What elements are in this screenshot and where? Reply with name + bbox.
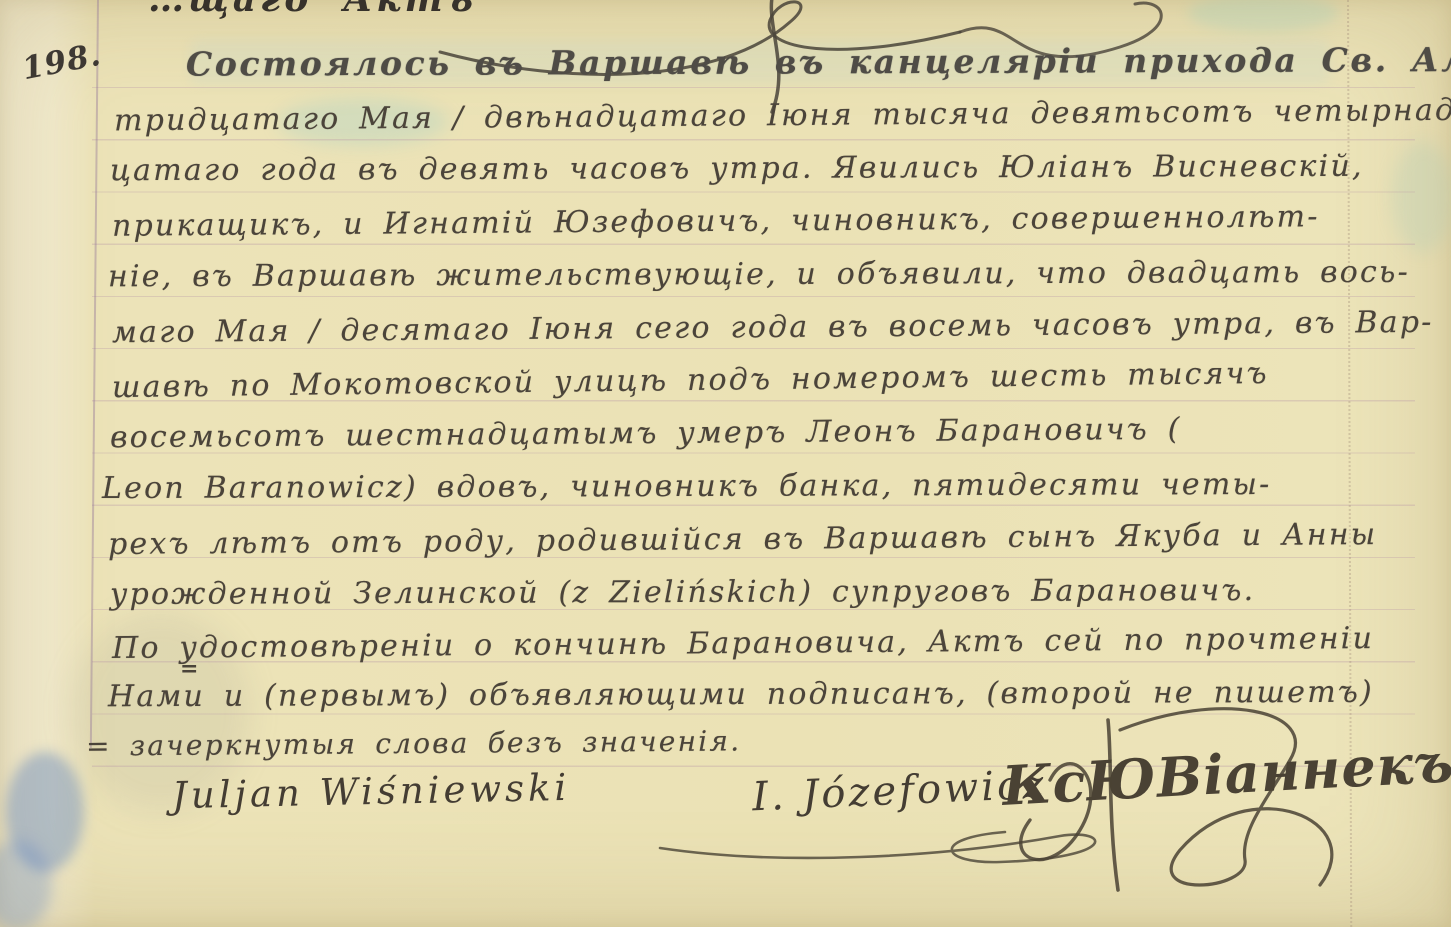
record-line: прикащикъ, и Игнатій Юзефовичъ, чиновник… xyxy=(112,199,1320,243)
record-line: цатаго года въ девять часовъ утра. Явили… xyxy=(110,149,1364,188)
previous-record-fragment: …щаго Актъ xyxy=(148,0,477,20)
marginal-annotation: = зачеркнутыя слова безъ значенія. xyxy=(86,724,741,762)
record-line: восемьсотъ шестнадцатымъ умеръ Леонъ Бар… xyxy=(110,412,1182,455)
signature-underline-flourish xyxy=(640,818,1160,878)
record-line: рехъ лѣтъ отъ роду, родившійся въ Варшав… xyxy=(108,517,1378,562)
scanned-death-record-page: …щаго Актъ 198. Состоялось въ Варшавѣ въ… xyxy=(0,0,1451,927)
record-line: шавѣ по Мокотовской улицѣ подъ номеромъ … xyxy=(112,356,1269,405)
record-line: тридцатаго Мая / двѣнадцатаго Іюня тысяч… xyxy=(114,93,1451,139)
record-heading: Состоялось въ Варшавѣ въ канцеляріи прих… xyxy=(186,39,1451,83)
record-line: урожденной Зелинской (z Zielińskich) суп… xyxy=(110,573,1255,612)
record-line: По удостовѣреніи о кончинѣ Барановича, А… xyxy=(112,621,1374,666)
insertion-mark: = xyxy=(180,656,198,682)
teal-stain xyxy=(1392,142,1451,252)
record-line: маго Мая / десятаго Іюня сего года въ во… xyxy=(112,305,1434,350)
blue-ink-smudge xyxy=(6,752,84,872)
left-margin-rule xyxy=(90,0,99,748)
record-line: Нами и (первымъ) объявляющими подписанъ,… xyxy=(108,675,1374,714)
witness-signature-wisniewski: Juljan Wiśniewski xyxy=(172,766,571,817)
blue-ink-smudge xyxy=(0,840,52,927)
record-line: Leon Baranowicz) вдовъ, чиновникъ банка,… xyxy=(102,467,1272,506)
teal-stain xyxy=(1188,0,1338,32)
record-number: 198. xyxy=(19,37,104,88)
priest-signature: КсЮВіаннекъ xyxy=(1001,730,1451,818)
record-line: ніе, въ Варшавѣ жительствующіе, и объяви… xyxy=(108,255,1410,295)
